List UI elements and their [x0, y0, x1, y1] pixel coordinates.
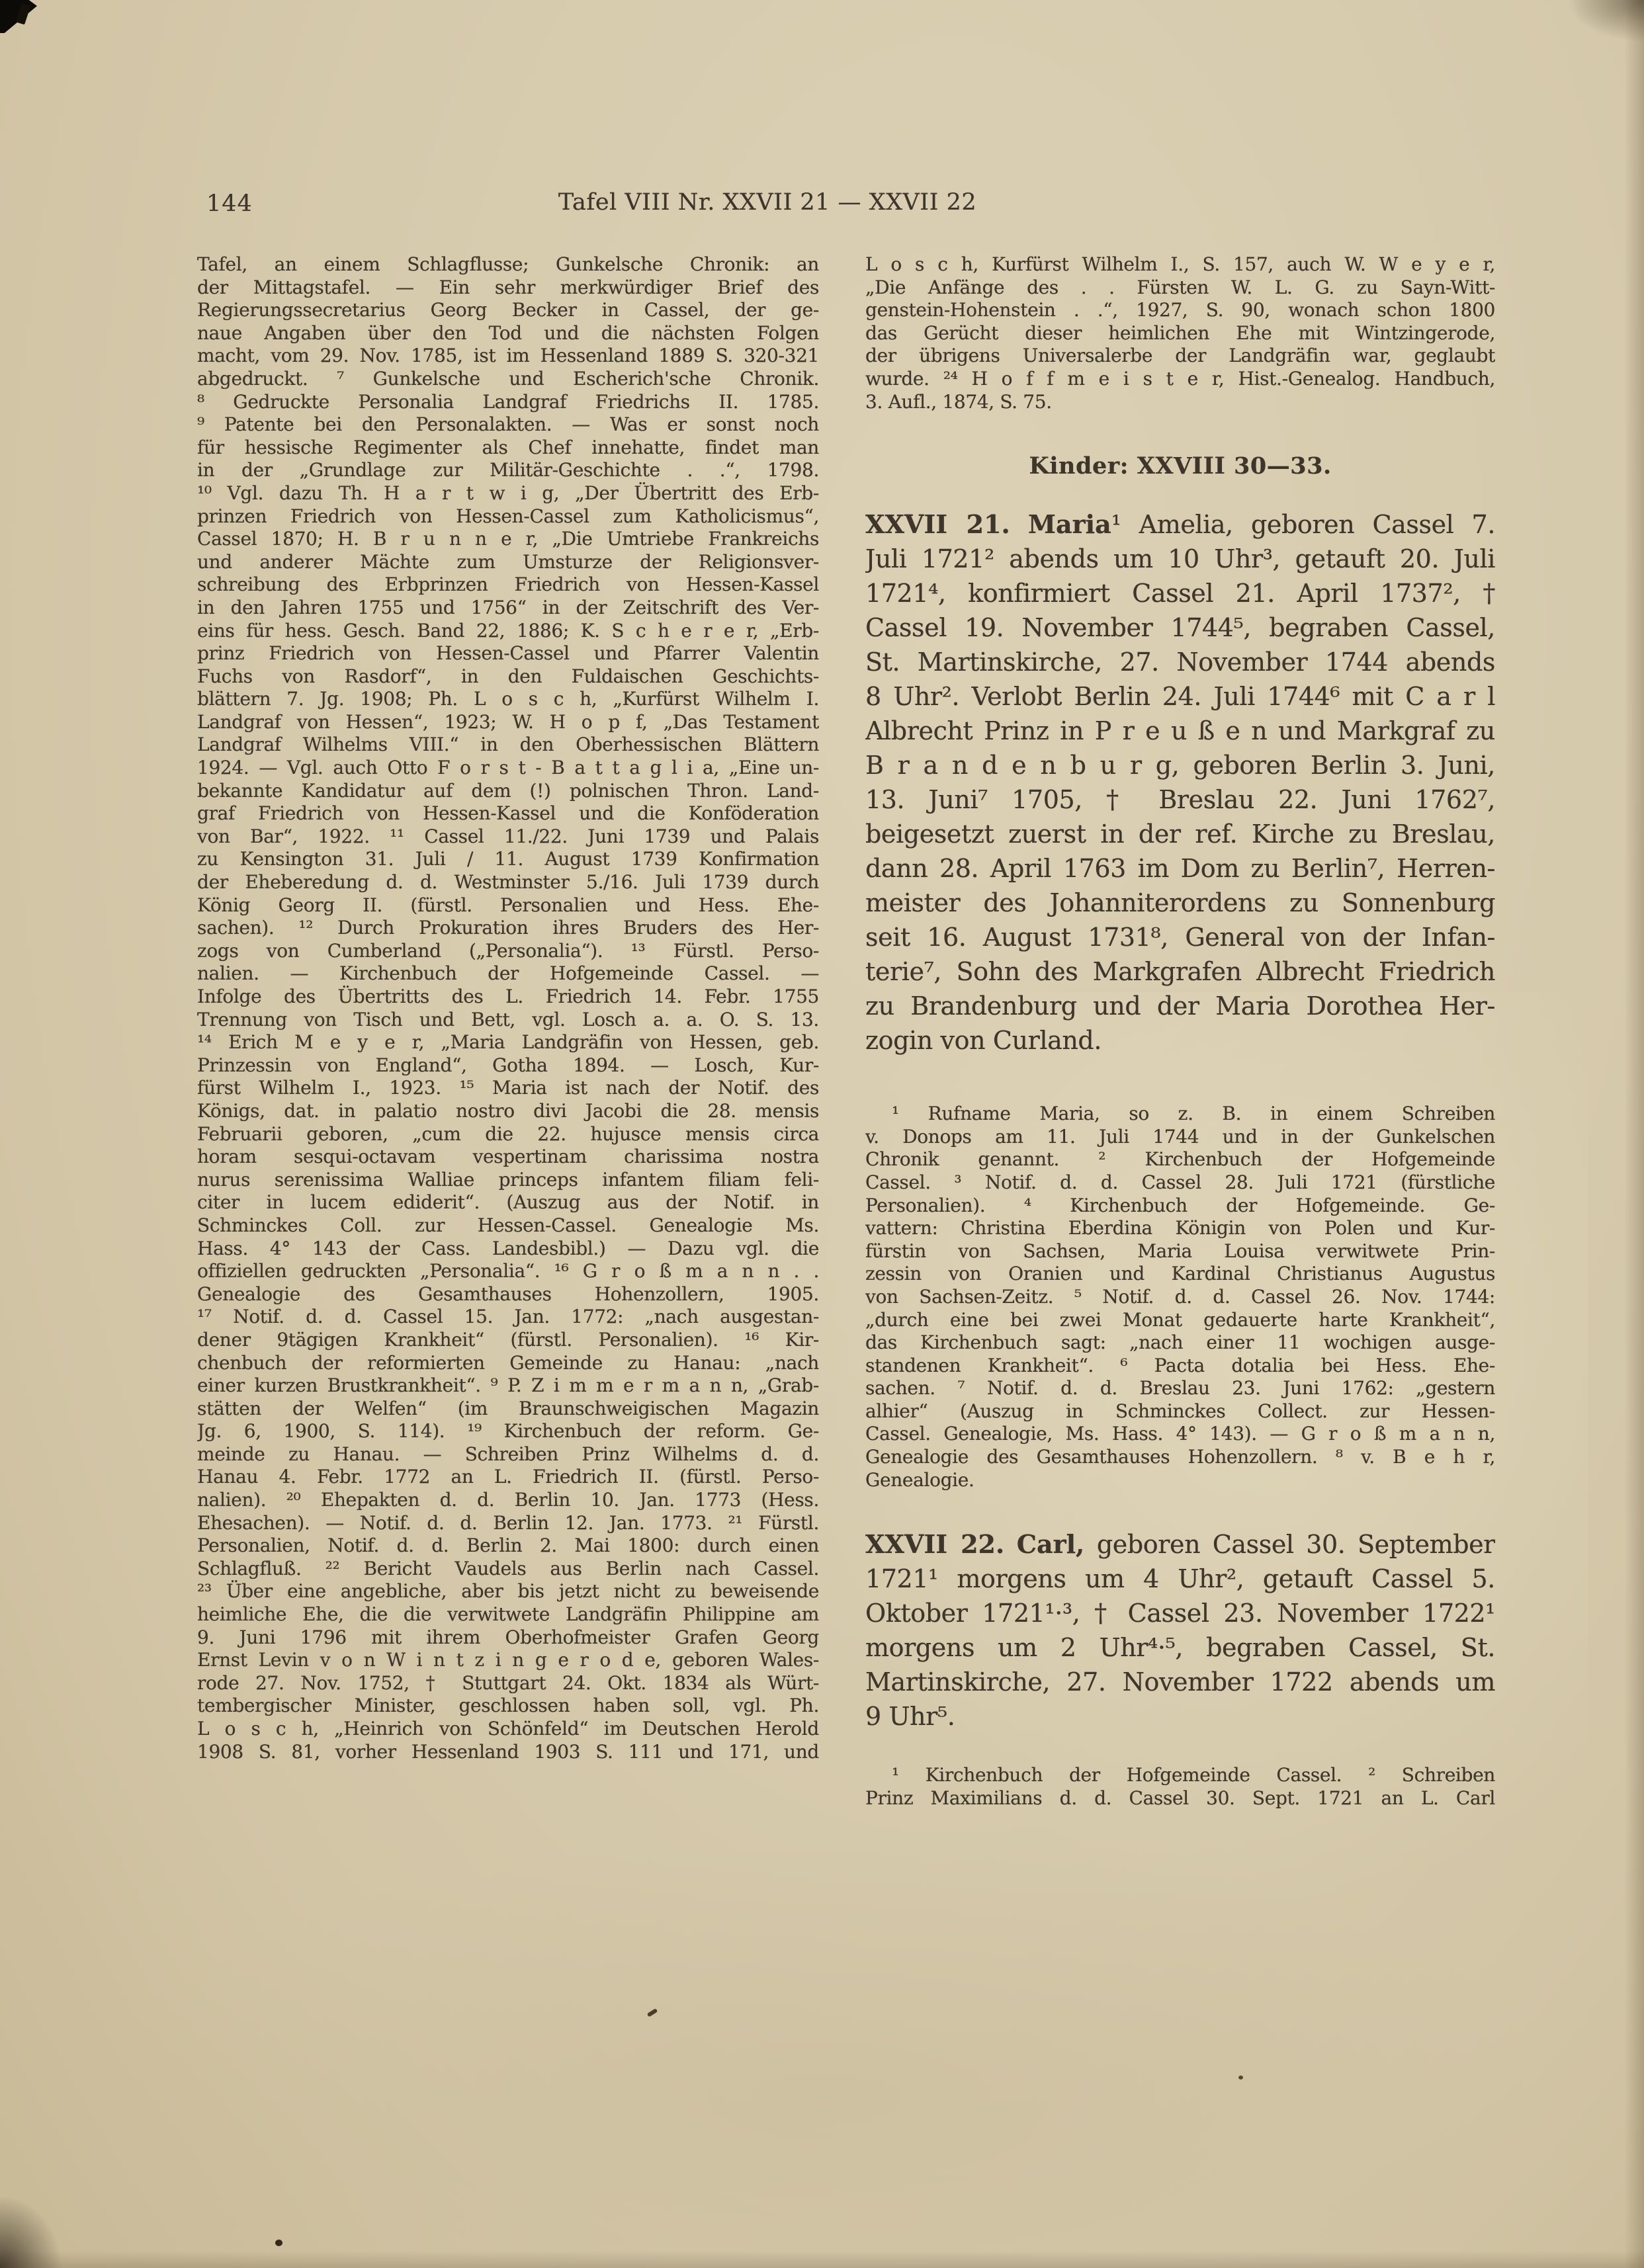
footnote-line: prinz Friedrich von Hessen-Cassel und Pf…	[197, 642, 819, 665]
entry-text-line: zu Brandenburg und der Maria Dorothea He…	[865, 989, 1495, 1023]
footnote-line: sachen. ⁷ Notif. d. d. Breslau 23. Juni …	[865, 1377, 1495, 1400]
scan-corner-shadow	[0, 2195, 63, 2268]
footnote-line: in den Jahren 1755 und 1756“ in der Zeit…	[197, 597, 819, 620]
footnote-line: naue Angaben über den Tod und die nächst…	[197, 322, 819, 345]
page-edge-shadow	[0, 2251, 1644, 2268]
entry-xxvii-22-footnotes: ¹ Kirchenbuch der Hofgemeinde Cassel. ² …	[865, 1764, 1495, 1810]
footnote-line: Genealogie des Gesamthauses Hohenzollern…	[197, 1283, 819, 1306]
entry-text-line: St. Martinskirche, 27. November 1744 abe…	[865, 645, 1495, 679]
footnote-line: König Georg II. (fürstl. Personalien und…	[197, 894, 819, 917]
ink-speck	[647, 2008, 658, 2017]
footnote-line: Tafel, an einem Schlagflusse; Gunkelsche…	[197, 253, 819, 276]
footnote-line: sachen). ¹² Durch Prokuration ihres Brud…	[197, 917, 819, 940]
footnote-line: 9. Juni 1796 mit ihrem Oberhofmeister Gr…	[197, 1626, 819, 1650]
footnote-continuation-block: L o s c h, Kurfürst Wilhelm I., S. 157, …	[865, 253, 1495, 413]
footnote-line: der übrigens Universalerbe der Landgräfi…	[865, 345, 1495, 368]
entry-text-line: Oktober 1721¹·³, † Cassel 23. November 1…	[865, 1596, 1495, 1630]
footnote-line: Fuchs von Rasdorf“, in den Fuldaischen G…	[197, 665, 819, 689]
footnote-line: der Eheberedung d. d. Westminster 5./16.…	[197, 871, 819, 894]
entry-text-line: XXVII 21. Maria¹ Amelia, geboren Cassel …	[865, 507, 1495, 542]
entry-xxvii-21-footnotes: ¹ Rufname Maria, so z. B. in einem Schre…	[865, 1103, 1495, 1491]
footnote-line: Königs, dat. in palatio nostro divi Jaco…	[197, 1100, 819, 1123]
entry-text-line: Albrecht Prinz in P r e u ß e n und Mark…	[865, 714, 1495, 748]
footnote-line: das Gerücht dieser heimlichen Ehe mit Wi…	[865, 322, 1495, 345]
footnote-line: von Sachsen-Zeitz. ⁵ Notif. d. d. Cassel…	[865, 1286, 1495, 1309]
footnote-line: meinde zu Hanau. — Schreiben Prinz Wilhe…	[197, 1443, 819, 1466]
footnote-line: Hass. 4° 143 der Cass. Landesbibl.) — Da…	[197, 1238, 819, 1261]
footnote-line: zogs von Cumberland („Personalia“). ¹³ F…	[197, 940, 819, 963]
entry-text-line: 13. Juni⁷ 1705, † Breslau 22. Juni 1762⁷…	[865, 782, 1495, 817]
footnote-line: zessin von Oranien und Kardinal Christia…	[865, 1263, 1495, 1286]
footnote-line: zu Kensington 31. Juli / 11. August 1739…	[197, 848, 819, 871]
left-text-column: Tafel, an einem Schlagflusse; Gunkelsche…	[197, 253, 819, 1763]
paper-stain	[132, 1852, 1522, 2262]
entry-xxvii-22: XXVII 22. Carl, geboren Cassel 30. Septe…	[865, 1527, 1495, 1734]
footnote-line: L o s c h, Kurfürst Wilhelm I., S. 157, …	[865, 253, 1495, 276]
footnote-line: „Die Anfänge des . . Fürsten W. L. G. zu…	[865, 276, 1495, 300]
footnote-line: eins für hess. Gesch. Band 22, 1886; K. …	[197, 620, 819, 643]
footnote-line: der Mittagstafel. — Ein sehr merkwürdige…	[197, 276, 819, 300]
footnote-line: einer kurzen Brustkrankheit“. ⁹ P. Z i m…	[197, 1374, 819, 1398]
footnote-line: ¹ Kirchenbuch der Hofgemeinde Cassel. ² …	[865, 1764, 1495, 1787]
footnote-line: 1908 S. 81, vorher Hessenland 1903 S. 11…	[197, 1741, 819, 1764]
footnote-line: Februarii geboren, „cum die 22. hujusce …	[197, 1123, 819, 1146]
footnote-line: prinzen Friedrich von Hessen-Cassel zum …	[197, 505, 819, 528]
footnote-line: dener 9tägigen Krankheit“ (fürstl. Perso…	[197, 1329, 819, 1352]
footnote-line: ⁹ Patente bei den Personalakten. — Was e…	[197, 413, 819, 437]
footnote-line: Infolge des Übertritts des L. Friedrich …	[197, 986, 819, 1009]
footnote-line: offiziellen gedruckten „Personalia“. ¹⁶ …	[197, 1260, 819, 1283]
footnote-line: Personalien). ⁴ Kirchenbuch der Hofgemei…	[865, 1195, 1495, 1218]
entry-text-line: terie⁷, Sohn des Markgrafen Albrecht Fri…	[865, 954, 1495, 989]
scanned-book-page: 144 Tafel VIII Nr. XXVII 21 — XXVII 22 T…	[0, 0, 1644, 2268]
footnote-line: 3. Aufl., 1874, S. 75.	[865, 391, 1495, 414]
scan-corner-mark	[16, 3, 31, 25]
entry-text-line: B r a n d e n b u r g, geboren Berlin 3.…	[865, 748, 1495, 782]
running-header: Tafel VIII Nr. XXVII 21 — XXVII 22	[79, 189, 1455, 216]
footnote-line: ²³ Über eine angebliche, aber bis jetzt …	[197, 1580, 819, 1603]
footnote-line: „durch eine bei zwei Monat gedauerte har…	[865, 1309, 1495, 1332]
entry-text-line: Cassel 19. November 1744⁵, begraben Cass…	[865, 610, 1495, 645]
entry-text-line: 8 Uhr². Verlobt Berlin 24. Juli 1744⁶ mi…	[865, 679, 1495, 714]
footnote-line: Prinzessin von England“, Gotha 1894. — L…	[197, 1054, 819, 1077]
right-text-column: L o s c h, Kurfürst Wilhelm I., S. 157, …	[865, 253, 1495, 1810]
entry-text-line: zogin von Curland.	[865, 1023, 1495, 1058]
ink-speck	[1238, 2076, 1243, 2079]
footnote-line: horam sesqui-octavam vespertinam chariss…	[197, 1146, 819, 1169]
footnote-line: wurde. ²⁴ H o f f m e i s t e r, Hist.-G…	[865, 368, 1495, 391]
entry-text-line: 1721¹ morgens um 4 Uhr², getauft Cassel …	[865, 1562, 1495, 1596]
footnote-line: nalien). ²⁰ Ehepakten d. d. Berlin 10. J…	[197, 1489, 819, 1512]
footnote-line: genstein-Hohenstein . .“, 1927, S. 90, w…	[865, 299, 1495, 322]
footnote-line: Landgraf Wilhelms VIII.“ in den Oberhess…	[197, 734, 819, 757]
footnote-line: nurus serenissima Walliae princeps infan…	[197, 1169, 819, 1192]
footnote-line: Schminckes Coll. zur Hessen-Cassel. Gene…	[197, 1214, 819, 1238]
footnote-line: abgedruckt. ⁷ Gunkelsche und Escherich's…	[197, 368, 819, 391]
footnote-line: blättern 7. Jg. 1908; Ph. L o s c h, „Ku…	[197, 688, 819, 711]
footnote-line: heimliche Ehe, die die verwitwete Landgr…	[197, 1603, 819, 1626]
footnote-line: Ehesachen). — Notif. d. d. Berlin 12. Ja…	[197, 1512, 819, 1535]
footnote-line: Personalien, Notif. d. d. Berlin 2. Mai …	[197, 1534, 819, 1558]
entry-text-line: XXVII 22. Carl, geboren Cassel 30. Septe…	[865, 1527, 1495, 1562]
entry-text-line: 1721⁴, konfirmiert Cassel 21. April 1737…	[865, 576, 1495, 610]
footnote-line: ¹ Rufname Maria, so z. B. in einem Schre…	[865, 1103, 1495, 1126]
footnote-line: ¹⁴ Erich M e y e r, „Maria Landgräfin vo…	[197, 1031, 819, 1054]
footnote-line: Cassel. Genealogie, Ms. Hass. 4° 143). —…	[865, 1423, 1495, 1446]
footnote-line: Schlagfluß. ²² Bericht Vaudels aus Berli…	[197, 1558, 819, 1581]
footnote-line: Ernst Levin v o n W i n t z i n g e r o …	[197, 1649, 819, 1672]
footnote-line: ¹⁷ Notif. d. d. Cassel 15. Jan. 1772: „n…	[197, 1306, 819, 1329]
footnote-line: alhier“ (Auszug in Schminckes Collect. z…	[865, 1400, 1495, 1423]
footnote-line: vattern: Christina Eberdina Königin von …	[865, 1217, 1495, 1240]
ink-speck	[275, 2240, 282, 2246]
footnote-line: fürstin von Sachsen, Maria Louisa verwit…	[865, 1240, 1495, 1263]
footnote-line: stätten der Welfen“ (im Braunschweigisch…	[197, 1398, 819, 1421]
footnote-line: standenen Krankheit“. ⁶ Pacta dotalia be…	[865, 1355, 1495, 1378]
entry-text-line: morgens um 2 Uhr⁴·⁵, begraben Cassel, St…	[865, 1630, 1495, 1665]
footnote-line: Cassel. ³ Notif. d. d. Cassel 28. Juli 1…	[865, 1171, 1495, 1195]
footnote-line: Trennung von Tisch und Bett, vgl. Losch …	[197, 1009, 819, 1032]
footnote-line: ¹⁰ Vgl. dazu Th. H a r t w i g, „Der Übe…	[197, 482, 819, 505]
footnote-line: schreibung des Erbprinzen Friedrich von …	[197, 573, 819, 597]
footnote-line: ⁸ Gedruckte Personalia Landgraf Friedric…	[197, 391, 819, 414]
entry-text-line: seit 16. August 1731⁸, General von der I…	[865, 920, 1495, 954]
footnote-line: Prinz Maximilians d. d. Cassel 30. Sept.…	[865, 1787, 1495, 1810]
footnote-line: nalien. — Kirchenbuch der Hofgemeinde Ca…	[197, 962, 819, 986]
page-edge-shadow	[1624, 0, 1644, 2268]
footnote-line: chenbuch der reformierten Gemeinde zu Ha…	[197, 1352, 819, 1375]
footnote-line: tembergischer Minister, geschlossen habe…	[197, 1695, 819, 1718]
footnote-line: citer in lucem ediderit“. (Auszug aus de…	[197, 1191, 819, 1214]
footnote-line: und anderer Mächte zum Umsturze der Reli…	[197, 551, 819, 574]
kinder-heading: Kinder: XXVIII 30—33.	[865, 452, 1495, 481]
entry-xxvii-21: XXVII 21. Maria¹ Amelia, geboren Cassel …	[865, 507, 1495, 1058]
footnote-line: in der „Grundlage zur Militär-Geschichte…	[197, 459, 819, 482]
footnote-line: L o s c h, „Heinrich von Schönfeld“ im D…	[197, 1718, 819, 1741]
footnote-line: bekannte Kandidatur auf dem (!) polnisch…	[197, 780, 819, 803]
entry-text-line: meister des Johanniterordens zu Sonnenbu…	[865, 886, 1495, 920]
footnote-line: Cassel 1870; H. B r u n n e r, „Die Umtr…	[197, 528, 819, 551]
footnote-line: Jg. 6, 1900, S. 114). ¹⁹ Kirchenbuch der…	[197, 1420, 819, 1443]
footnote-line: rode 27. Nov. 1752, † Stuttgart 24. Okt.…	[197, 1672, 819, 1695]
entry-text-line: Juli 1721² abends um 10 Uhr³, getauft 20…	[865, 542, 1495, 576]
footnote-line: von Bar“, 1922. ¹¹ Cassel 11./22. Juni 1…	[197, 825, 819, 849]
footnote-line: macht, vom 29. Nov. 1785, ist im Hessenl…	[197, 345, 819, 368]
entry-text-line: dann 28. April 1763 im Dom zu Berlin⁷, H…	[865, 851, 1495, 886]
footnote-line: Genealogie des Gesamthauses Hohenzollern…	[865, 1446, 1495, 1469]
footnote-line: v. Donops am 11. Juli 1744 und in der Gu…	[865, 1126, 1495, 1149]
footnote-line: Chronik genannt. ² Kirchenbuch der Hofge…	[865, 1148, 1495, 1171]
footnote-line: für hessische Regimenter als Chef inneha…	[197, 437, 819, 460]
footnote-line: Regierungssecretarius Georg Becker in Ca…	[197, 299, 819, 322]
footnote-line: Genealogie.	[865, 1469, 1495, 1492]
scan-corner-mark	[0, 0, 37, 33]
footnote-line: fürst Wilhelm I., 1923. ¹⁵ Maria ist nac…	[197, 1077, 819, 1100]
footnote-line: graf Friedrich von Hessen-Kassel und die…	[197, 802, 819, 825]
footnote-line: Landgraf von Hessen“, 1923; W. H o p f, …	[197, 711, 819, 734]
entry-text-line: 9 Uhr⁵.	[865, 1699, 1495, 1734]
footnote-line: Hanau 4. Febr. 1772 an L. Friedrich II. …	[197, 1466, 819, 1489]
entry-text-line: Martinskirche, 27. November 1722 abends …	[865, 1665, 1495, 1699]
footnote-line: 1924. — Vgl. auch Otto F o r s t - B a t…	[197, 757, 819, 780]
scan-corner-shadow	[1565, 0, 1644, 44]
footnote-line: das Kirchenbuch sagt: „nach einer 11 woc…	[865, 1331, 1495, 1355]
entry-text-line: beigesetzt zuerst in der ref. Kirche zu …	[865, 817, 1495, 851]
